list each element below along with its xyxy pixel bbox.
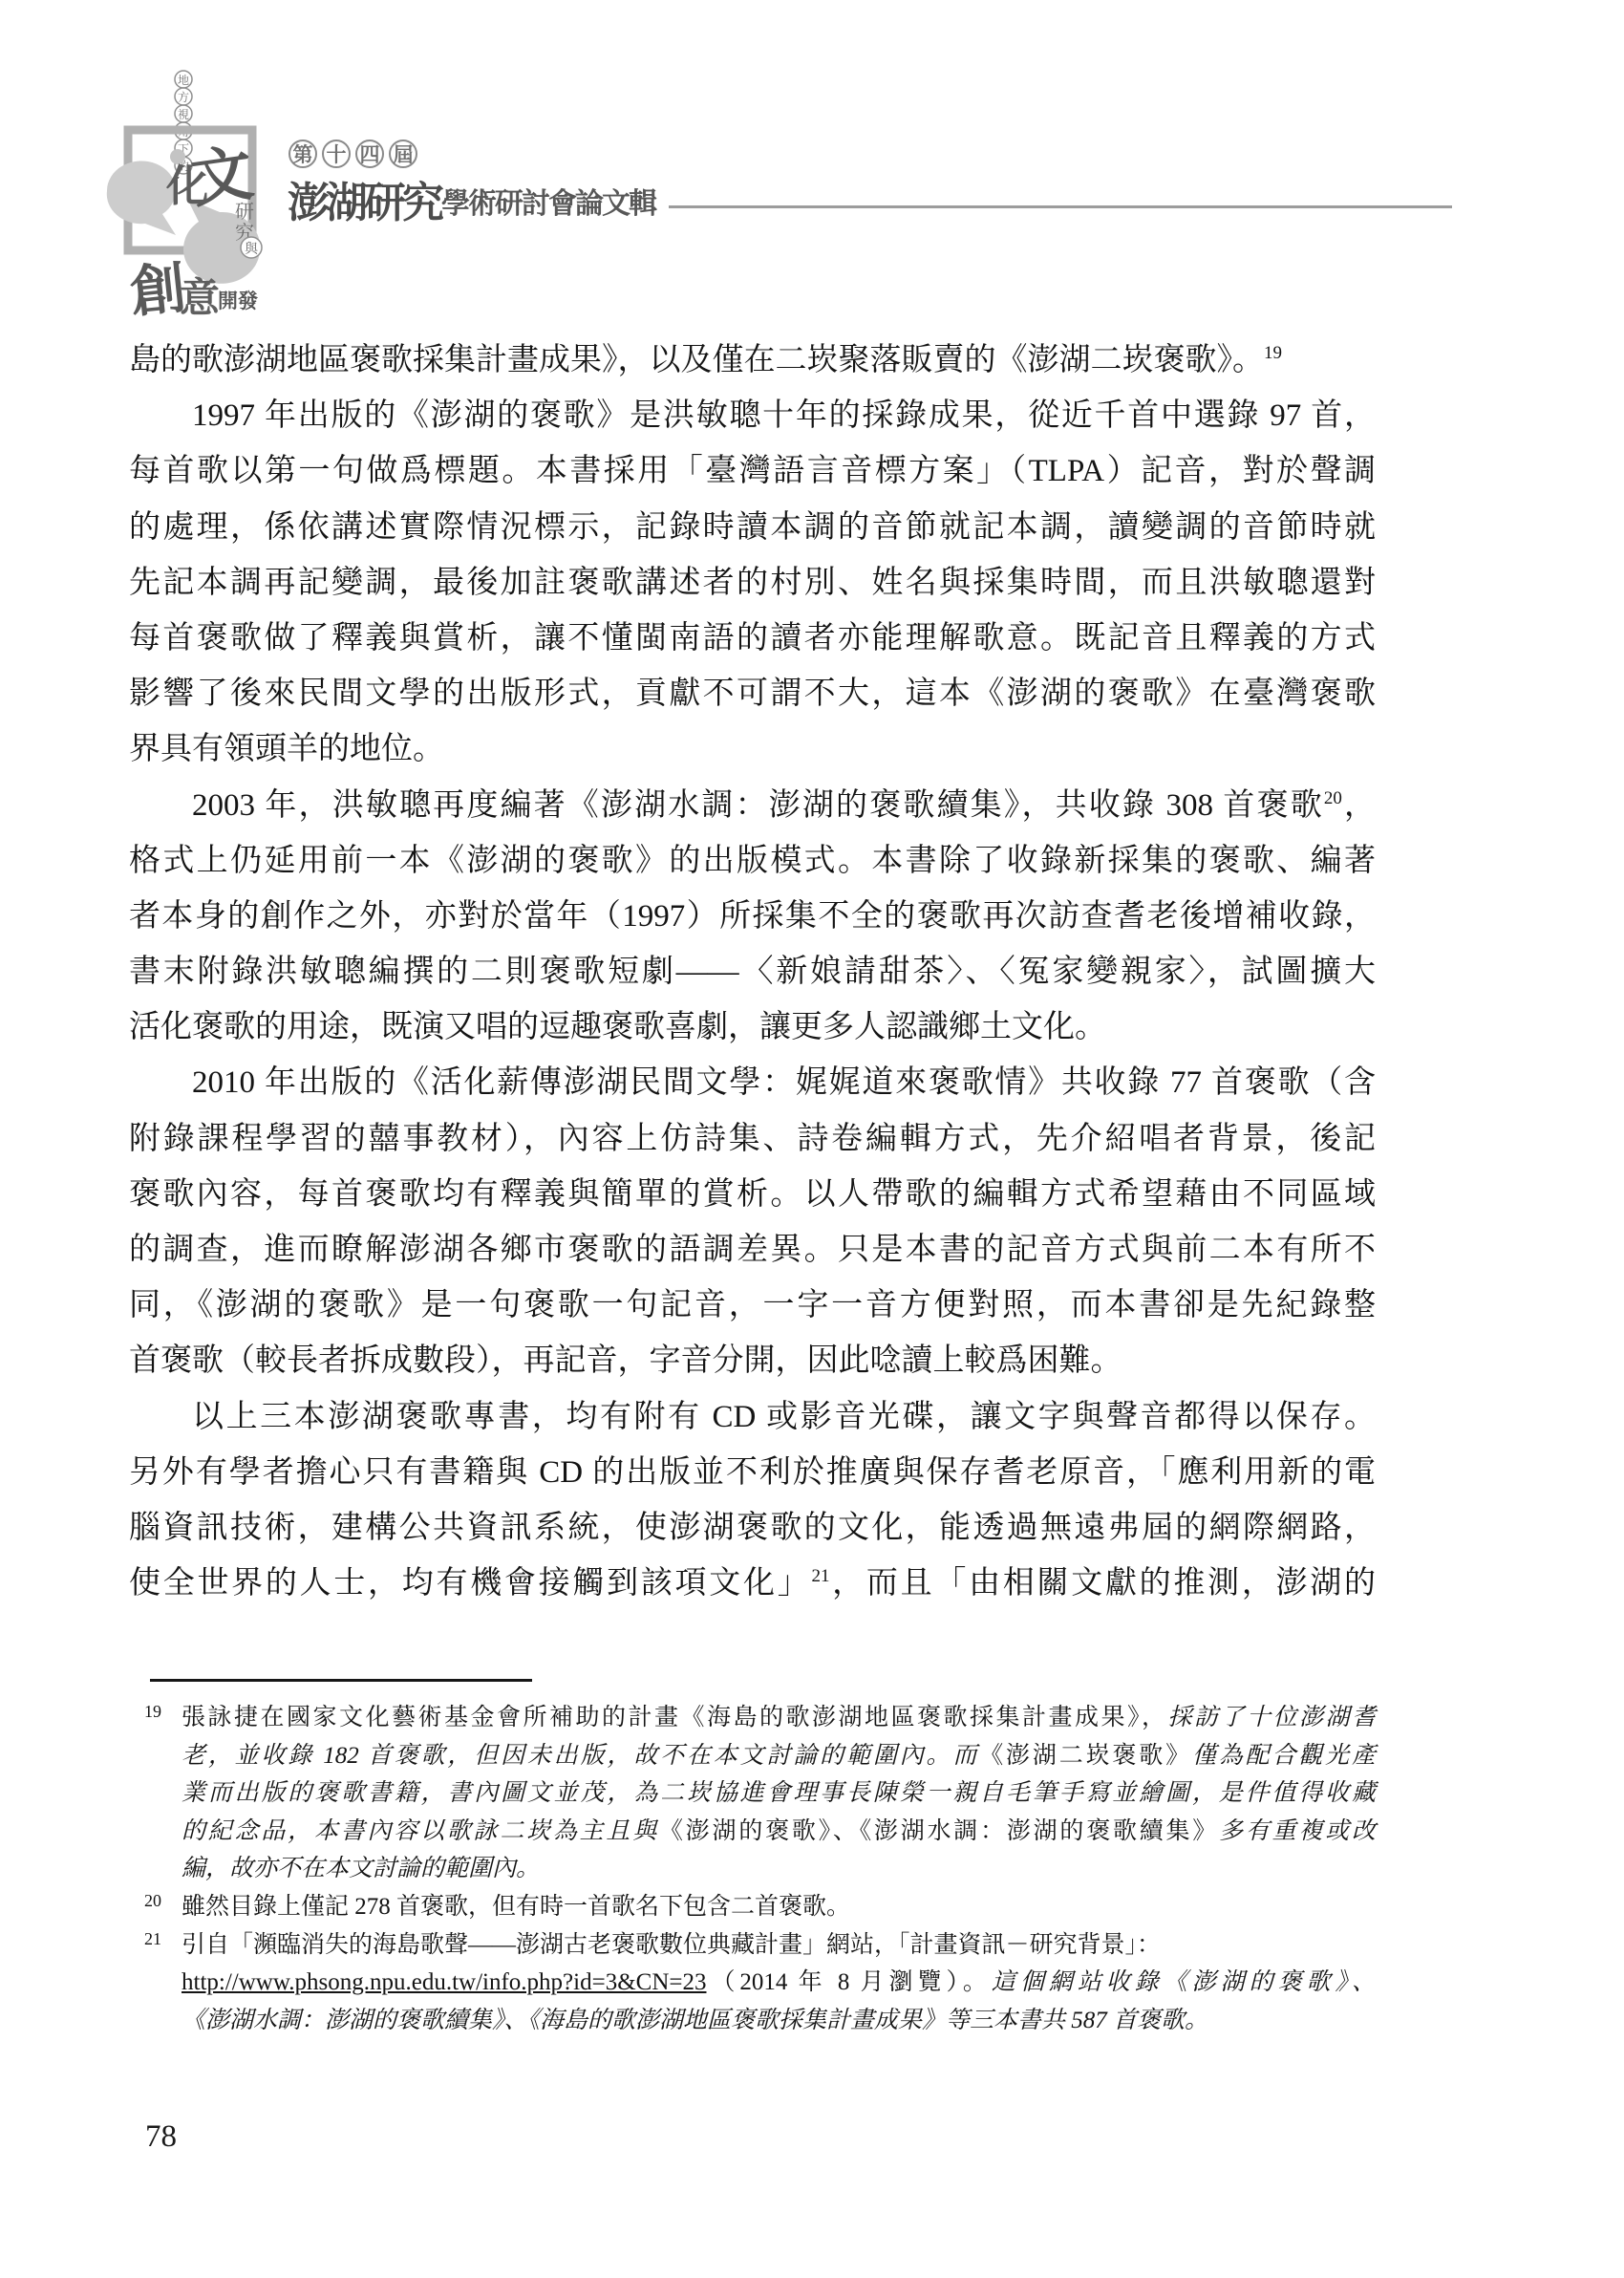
text-segment: 格式上仍延用前一本《澎湖的褒歌》的出版模式。本書除了收錄新採集的褒歌、編著 [129, 844, 1376, 878]
body-line: 的調查，進而瞭解澎湖各鄉市褒歌的語調差異。只是本書的記音方式與前二本有所不 [129, 1222, 1376, 1278]
logo-char-yu: 與 [245, 241, 259, 257]
footnote-item: 20雖然目錄上僅記 278 首褒歌，但有時一首歌名下包含二首褒歌。 [129, 1888, 1376, 1926]
footnote-line: 編，故亦不在本文討論的範圍內。 [182, 1850, 1376, 1888]
text-segment: 的處理，係依講述實際情況標示，記錄時讀本調的音節就記本調，讀變調的音節時就 [129, 510, 1376, 545]
logo-char-yi: 意 [180, 276, 220, 321]
footnote-item: 19張詠捷在國家文化藝術基金會所補助的計畫《海島的歌澎湖地區褒歌採集計畫成果》，… [129, 1699, 1376, 1888]
body-line: 使全世界的人士，均有機會接觸到該項文化」21，而且「由相關文獻的推測，澎湖的 [129, 1556, 1376, 1611]
text-segment: 以上三本澎湖褒歌專書，均有附有 CD 或影音光碟，讓文字與聲音都得以保存。 [192, 1400, 1376, 1434]
text-segment: 書末附錄洪敏聰編撰的二則褒歌短劇——〈新娘請甜茶〉、〈冤家變親家〉，試圖擴大 [129, 955, 1376, 989]
text-segment: 採訪了十位澎湖耆 [1167, 1705, 1376, 1730]
body-line: 褒歌內容，每首褒歌均有釋義與簡單的賞析。以人帶歌的編輯方式希望藉由不同區域 [129, 1167, 1376, 1222]
footnote-line: 業而出版的褒歌書籍，書內圖文並茂，為二崁協進會理事長陳榮一親自毛筆手寫並繪圖，是… [182, 1774, 1376, 1813]
body-line: 每首歌以第一句做爲標題。本書採用「臺灣語言音標方案」（TLPA）記音，對於聲調 [129, 443, 1376, 499]
body-line: 活化褒歌的用途，既演又唱的逗趣褒歌喜劇，讓更多人認識鄉土文化。 [129, 999, 1376, 1055]
body-line: 者本身的創作之外，亦對於當年（1997）所採集不全的褒歌再次訪查耆老後增補收錄， [129, 889, 1376, 944]
text-segment: 業而出版的褒歌書籍，書內圖文並茂，為二崁協進會理事長陳榮一親自毛筆手寫並繪圖，是… [182, 1780, 1376, 1806]
text-segment: 每首歌以第一句做爲標題。本書採用「臺灣語言音標方案」（TLPA）記音，對於聲調 [129, 454, 1376, 488]
footnote-line: 雖然目錄上僅記 278 首褒歌，但有時一首歌名下包含二首褒歌。 [182, 1888, 1376, 1926]
body-line: 島的歌澎湖地區褒歌採集計畫成果》，以及僅在二崁聚落販賣的《澎湖二崁褒歌》。19 [129, 333, 1376, 388]
body-line: 先記本調再記變調，最後加註褒歌講述者的村別、姓名與採集時間，而且洪敏聰還對 [129, 555, 1376, 611]
footnote-ref[interactable]: 21 [811, 1566, 829, 1586]
body-line: 格式上仍延用前一本《澎湖的褒歌》的出版模式。本書除了收錄新採集的褒歌、編著 [129, 833, 1376, 889]
text-segment: 褒歌內容，每首褒歌均有釋義與簡單的賞析。以人帶歌的編輯方式希望藉由不同區域 [129, 1177, 1376, 1212]
text-segment: 的調查，進而瞭解澎湖各鄉市褒歌的語調差異。只是本書的記音方式與前二本有所不 [129, 1233, 1376, 1267]
text-segment: 界具有領頭羊的地位。 [129, 732, 444, 766]
footnote-line: 老，並收錄 182 首褒歌，但因未出版，故不在本文討論的範圍內。而《澎湖二崁褒歌… [182, 1737, 1376, 1775]
body-line: 每首褒歌做了釋義與賞析，讓不懂閩南語的讀者亦能理解歌意。既記音且釋義的方式 [129, 611, 1376, 666]
footnote-separator [150, 1679, 532, 1682]
footnote-url[interactable]: http://www.phsong.npu.edu.tw/info.php?id… [182, 1969, 706, 1995]
body-line: 書末附錄洪敏聰編撰的二則褒歌短劇——〈新娘請甜茶〉、〈冤家變親家〉，試圖擴大 [129, 944, 1376, 999]
header-rule [669, 205, 1452, 208]
text-segment: 另外有學者擔心只有書籍與 CD 的出版並不利於推廣與保存耆老原音，「應利用新的電 [129, 1455, 1376, 1490]
proceedings-title: 澎湖研究 [288, 168, 440, 229]
body-line: 以上三本澎湖褒歌專書，均有附有 CD 或影音光碟，讓文字與聲音都得以保存。 [129, 1389, 1376, 1445]
body-line: 同，《澎湖的褒歌》是一句褒歌一句記音，一字一音方便對照，而本書卻是先紀錄整 [129, 1278, 1376, 1333]
badge-char: 屆 [389, 140, 417, 168]
footnote-line: http://www.phsong.npu.edu.tw/info.php?id… [182, 1964, 1376, 2002]
body-line: 的處理，係依講述實際情況標示，記錄時讀本調的音節就記本調，讀變調的音節時就 [129, 500, 1376, 555]
text-segment: 多有重複或改 [1219, 1818, 1376, 1844]
document-page: 地方視角下的 文 化 研 究 與 創 意 開發 第十四屆 澎湖研究 學術研討會論… [0, 0, 1624, 2278]
text-segment: 僅為配合觀光產 [1192, 1743, 1376, 1769]
text-segment: 引自「瀕臨消失的海島歌聲——澎湖古老褒歌數位典藏計畫」網站，「計畫資訊－研究背景… [182, 1932, 1161, 1958]
footnote-ref[interactable]: 20 [1324, 788, 1342, 808]
footnote-line: 張詠捷在國家文化藝術基金會所補助的計畫《海島的歌澎湖地區褒歌採集計畫成果》，採訪… [182, 1699, 1376, 1737]
body-line: 附錄課程學習的囍事教材），內容上仿詩集、詩卷編輯方式，先介紹唱者背景，後記 [129, 1111, 1376, 1167]
body-text: 島的歌澎湖地區褒歌採集計畫成果》，以及僅在二崁聚落販賣的《澎湖二崁褒歌》。191… [129, 333, 1376, 1611]
footnote-line: 《澎湖水調：澎湖的褒歌續集》、《海島的歌澎湖地區褒歌採集計畫成果》等三本書共 5… [182, 2002, 1376, 2040]
proceedings-subtitle: 學術研討會論文輯 [441, 180, 655, 222]
badge-char: 第 [288, 140, 317, 168]
footnote-line: 的紀念品，本書內容以歌詠二崁為主且與《澎湖的褒歌》、《澎湖水調：澎湖的褒歌續集》… [182, 1813, 1376, 1851]
text-segment: 首褒歌（較長者拆成數段），再記音，字音分開，因此唸讀上較爲困難。 [129, 1343, 1122, 1378]
text-segment: 者本身的創作之外，亦對於當年（1997）所採集不全的褒歌再次訪查耆老後增補收錄， [129, 899, 1376, 934]
edition-badge: 第十四屆 [288, 140, 417, 168]
text-segment: 編，故亦不在本文討論的範圍內。 [182, 1856, 540, 1881]
badge-char: 四 [355, 140, 384, 168]
tagline-char: 地 [178, 73, 189, 87]
text-segment: 2003 年，洪敏聰再度編著《澎湖水調：澎湖的褒歌續集》，共收錄 308 首褒歌 [192, 788, 1324, 823]
body-line: 1997 年出版的《澎湖的褒歌》是洪敏聰十年的採錄成果，從近千首中選錄 97 首… [129, 388, 1376, 443]
body-line: 界具有領頭羊的地位。 [129, 721, 1376, 777]
text-segment: 這個網站收錄《澎湖的褒歌》、 [992, 1969, 1376, 1995]
text-segment: 張詠捷在國家文化藝術基金會所補助的計畫《海島的歌澎湖地區褒歌採集計畫成果》， [182, 1705, 1167, 1730]
text-segment: 1997 年出版的《澎湖的褒歌》是洪敏聰十年的採錄成果，從近千首中選錄 97 首… [192, 398, 1376, 433]
body-line: 2003 年，洪敏聰再度編著《澎湖水調：澎湖的褒歌續集》，共收錄 308 首褒歌… [129, 778, 1376, 833]
logo-char-hua: 化 [165, 162, 209, 210]
footnote-item: 21引自「瀕臨消失的海島歌聲——澎湖古老褒歌數位典藏計畫」網站，「計畫資訊－研究… [129, 1926, 1376, 2040]
body-line: 首褒歌（較長者拆成數段），再記音，字音分開，因此唸讀上較爲困難。 [129, 1333, 1376, 1388]
page-number: 78 [145, 2119, 177, 2155]
logo-text-kaifa: 開發 [218, 290, 258, 312]
body-line: 腦資訊技術，建構公共資訊系統，使澎湖褒歌的文化，能透過無遠弗屆的網際網路， [129, 1500, 1376, 1556]
footnotes: 19張詠捷在國家文化藝術基金會所補助的計畫《海島的歌澎湖地區褒歌採集計畫成果》，… [129, 1699, 1376, 2039]
text-segment: 使全世界的人士，均有機會接觸到該項文化」 [129, 1566, 811, 1601]
footnote-line: 引自「瀕臨消失的海島歌聲——澎湖古老褒歌數位典藏計畫」網站，「計畫資訊－研究背景… [182, 1926, 1376, 1965]
text-segment: 2010 年出版的《活化薪傳澎湖民間文學：娓娓道來褒歌情》共收錄 77 首褒歌（… [192, 1065, 1376, 1100]
text-segment: 影響了後來民間文學的出版形式，貢獻不可謂不大，這本《澎湖的褒歌》在臺灣褒歌 [129, 677, 1376, 711]
text-segment: 老，並收錄 182 首褒歌，但因未出版，故不在本文討論的範圍內。而 [182, 1743, 979, 1769]
logo-text-yan: 研 [235, 201, 254, 223]
body-line: 影響了後來民間文學的出版形式，貢獻不可謂不大，這本《澎湖的褒歌》在臺灣褒歌 [129, 666, 1376, 721]
text-segment: 每首褒歌做了釋義與賞析，讓不懂閩南語的讀者亦能理解歌意。既記音且釋義的方式 [129, 621, 1376, 655]
tagline-char: 視 [178, 108, 189, 121]
footnote-ref[interactable]: 19 [1264, 343, 1282, 363]
text-segment: 的紀念品，本書內容以歌詠二崁為主且與 [182, 1818, 659, 1844]
text-segment: 同，《澎湖的褒歌》是一句褒歌一句記音，一字一音方便對照，而本書卻是先紀錄整 [129, 1288, 1376, 1322]
text-segment: 《澎湖的褒歌》、《澎湖水調：澎湖的褒歌續集》 [659, 1818, 1219, 1844]
badge-char: 十 [322, 140, 351, 168]
body-line: 2010 年出版的《活化薪傳澎湖民間文學：娓娓道來褒歌情》共收錄 77 首褒歌（… [129, 1055, 1376, 1110]
footnote-number: 20 [144, 1882, 161, 1921]
text-segment: 先記本調再記變調，最後加註褒歌講述者的村別、姓名與採集時間，而且洪敏聰還對 [129, 566, 1376, 600]
tagline-char: 方 [178, 90, 189, 104]
footnote-number: 21 [144, 1921, 161, 1959]
text-segment: 附錄課程學習的囍事教材），內容上仿詩集、詩卷編輯方式，先介紹唱者背景，後記 [129, 1122, 1376, 1156]
text-segment: 《澎湖水調：澎湖的褒歌續集》、《海島的歌澎湖地區褒歌採集計畫成果》等三本書共 5… [182, 2008, 1208, 2033]
text-segment: 雖然目錄上僅記 278 首褒歌，但有時一首歌名下包含二首褒歌。 [182, 1894, 850, 1920]
body-line: 另外有學者擔心只有書籍與 CD 的出版並不利於推廣與保存耆老原音，「應利用新的電 [129, 1445, 1376, 1500]
text-segment: （2014 年 8 月瀏覽）。 [706, 1969, 991, 1995]
text-segment: 腦資訊技術，建構公共資訊系統，使澎湖褒歌的文化，能透過無遠弗屆的網際網路， [129, 1511, 1376, 1545]
text-segment: ，而且「由相關文獻的推測，澎湖的 [829, 1566, 1376, 1601]
text-segment: 島的歌澎湖地區褒歌採集計畫成果》，以及僅在二崁聚落販賣的《澎湖二崁褒歌》。 [129, 343, 1264, 377]
text-segment: 《澎湖二崁褒歌》 [979, 1743, 1192, 1769]
footnote-number: 19 [144, 1693, 161, 1731]
text-segment: ， [1342, 788, 1376, 823]
text-segment: 活化褒歌的用途，既演又唱的逗趣褒歌喜劇，讓更多人認識鄉土文化。 [129, 1010, 1106, 1044]
